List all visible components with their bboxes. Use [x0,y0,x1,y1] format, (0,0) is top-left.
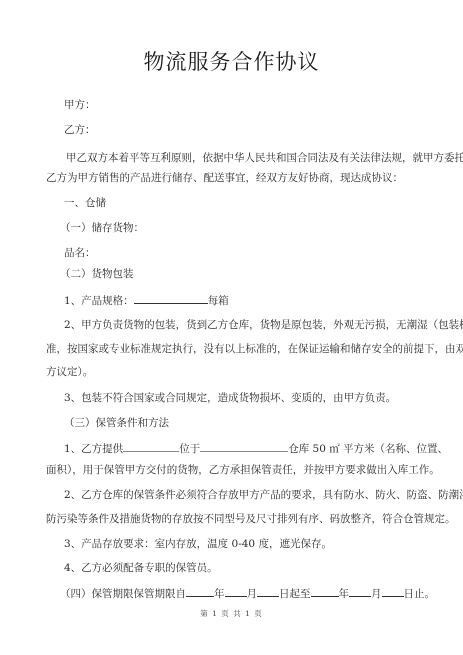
packaging-item-2-line-3: 方议定）。 [46,365,93,379]
intro-line-2: 乙方为甲方销售的产品进行储存、配送事宜，经双方友好协商，现达成协议： [46,171,403,185]
subsection-heading-goods: （一）储存货物： [60,221,144,235]
end-year-blank[interactable] [311,586,339,597]
spec-label: 1、产品规格： [64,295,134,307]
storage-item-1-line-1: 1、乙方提供位于仓库 50 ㎡ 平方米（名称、位置、 [64,441,448,456]
packaging-item-2-line-1: 2、甲方负责货物的包装，货到乙方仓库，货物是原包装，外观无污损，无潮湿（包装标 [64,318,463,332]
intro-line-1: 甲乙双方本着平等互利原则，依据中华人民共和国合同法及有关法律法规，就甲方委托 [66,151,463,165]
end-month-label: 月 [371,588,382,600]
storage-item-2-line-2: 防污染等条件及措施货物的存放按不同型号及尺寸排列有序、码放整齐，符合仓管规定。 [46,512,456,526]
document-title: 物流服务合作协议 [0,46,463,76]
storage-item-3: 3、产品存放要求：室内存放，温度 0-40 度，遮光保存。 [64,537,332,551]
subsection-heading-storage-conditions: （三）保管条件和方法 [64,416,169,430]
located-at-label: 位于 [179,443,200,455]
warehouse-name-blank[interactable] [123,441,179,452]
page-number-footer: 第 1 页 共 1 页 [0,608,463,619]
storage-item-4: 4、乙方必须配备专职的保管员。 [64,561,218,575]
end-day-label: 日止。 [404,588,436,600]
spec-unit: 每箱 [208,295,229,307]
storage-period-label: （四）保管期限保管期限自 [60,588,186,600]
document-page: 物流服务合作协议 甲方： 乙方： 甲乙双方本着平等互利原则，依据中华人民共和国合… [0,0,463,655]
packaging-item-3: 3、包装不符合国家或合同规定，造成货物损坏、变质的，由甲方负责。 [64,391,396,405]
product-name-label: 品名： [64,246,96,260]
start-day-blank[interactable] [257,586,279,597]
end-day-blank[interactable] [382,586,404,597]
start-year-blank[interactable] [186,586,214,597]
start-month-label: 月 [247,588,258,600]
party-a-label: 甲方： [64,98,96,112]
packaging-item-2-line-2: 准，按国家或专业标准规定执行，没有以上标准的，在保证运输和储存安全的前提下，由双 [46,342,463,356]
end-year-label: 年 [339,588,350,600]
subsection-heading-packaging: （二）货物包装 [60,267,134,281]
warehouse-area-text: 仓库 50 ㎡ 平方米（名称、位置、 [288,443,448,455]
spec-blank-field[interactable] [134,293,208,304]
end-month-blank[interactable] [349,586,371,597]
storage-provider-label: 1、乙方提供 [64,443,123,455]
start-month-blank[interactable] [225,586,247,597]
start-year-label: 年 [214,588,225,600]
party-b-label: 乙方： [64,123,96,137]
spec-line: 1、产品规格：每箱 [64,293,229,308]
storage-item-1-line-2: 面积），用于保管甲方交付的货物，乙方承担保管责任，并按甲方要求做出入库工作。 [46,463,440,477]
start-day-label: 日起至 [279,588,311,600]
storage-period-line: （四）保管期限保管期限自年月日起至年月日止。 [60,586,435,601]
storage-item-2-line-1: 2、乙方仓库的保管条件必须符合存放甲方产品的要求，具有防水、防火、防盗、防潮湿、 [64,488,463,502]
warehouse-location-blank[interactable] [200,441,288,452]
section-heading-warehousing: 一、仓储 [64,196,106,210]
